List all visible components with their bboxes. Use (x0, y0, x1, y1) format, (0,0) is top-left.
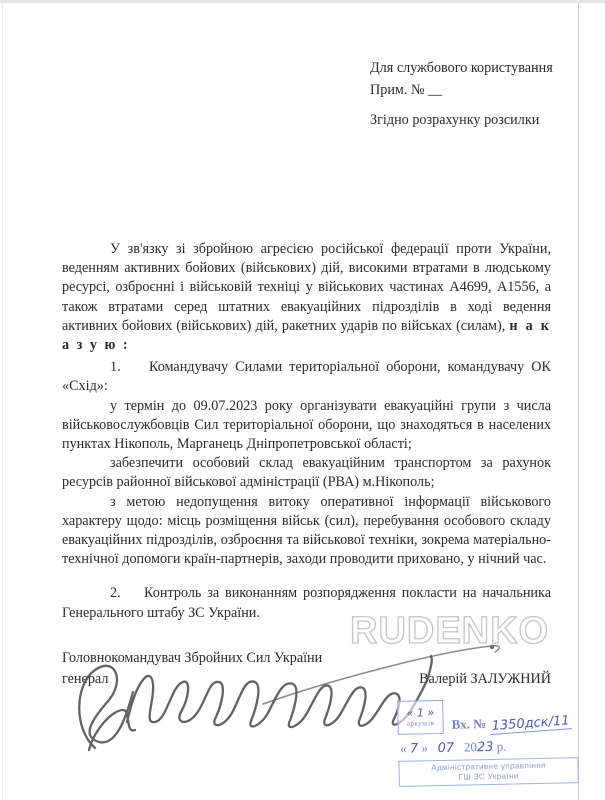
stamp-sheets-label: аркушів (407, 719, 435, 728)
item-1-sub-1: у термін до 09.07.2023 року організувати… (62, 397, 551, 455)
stamp-organization-box: Адміністративне управління ГШ ЗС України (398, 757, 579, 787)
page-top-edge (0, 0, 605, 3)
stamp-quote-close: » (421, 740, 428, 755)
preamble-text: У зв'язку зі збройною агресією російсько… (62, 241, 551, 334)
item-1-sub-3: з метою недопущення витоку оперативної і… (62, 493, 551, 570)
stamp-year-printed: 20 (464, 739, 477, 754)
item-2: 2. Контроль за виконанням розпорядження … (62, 584, 551, 622)
stamp-top-row: « 1 » аркушів Вх. № 1350дск/11 (397, 697, 578, 735)
stamp-quote-open: « (400, 741, 407, 756)
document-body: У зв'язку зі збройною агресією російсько… (62, 240, 551, 689)
item-1-sub-2: забезпечити особовий склад евакуаційним … (62, 454, 551, 492)
stamp-year-written: 23 (477, 740, 494, 755)
stamp-reg-value: 1350дск/11 (489, 713, 572, 735)
handwritten-signature (65, 650, 450, 755)
preamble-paragraph: У зв'язку зі збройною агресією російсько… (62, 240, 551, 355)
page-left-edge (2, 3, 3, 800)
registration-stamp: « 1 » аркушів Вх. № 1350дск/11 « 7 » 07 … (397, 697, 579, 787)
stamp-reg-label: Вх. № (451, 716, 486, 732)
item-1-heading: 1. Командувачу Силами територіальної обо… (62, 358, 551, 396)
stamp-sheets-cell: « 1 » аркушів (397, 700, 444, 735)
distribution-line: Згідно розрахунку розсилки (370, 109, 580, 131)
stamp-date-month: 07 (438, 741, 455, 756)
stamp-date-day: 7 (410, 741, 419, 756)
stamp-year-suffix: р. (497, 739, 507, 754)
scanned-document: { "header": { "line1": "Для службового к… (0, 0, 605, 800)
stamp-sheets-value: « 1 » (406, 707, 434, 720)
classification-line: Для службового користування (370, 57, 580, 79)
classification-header: Для службового користування Прим. № __ З… (370, 57, 580, 131)
stamp-registration-number: Вх. № 1350дск/11 (451, 714, 571, 734)
stamp-date-row: « 7 » 07 2023 р. (400, 737, 578, 757)
copy-number-line: Прим. № __ (370, 79, 580, 101)
